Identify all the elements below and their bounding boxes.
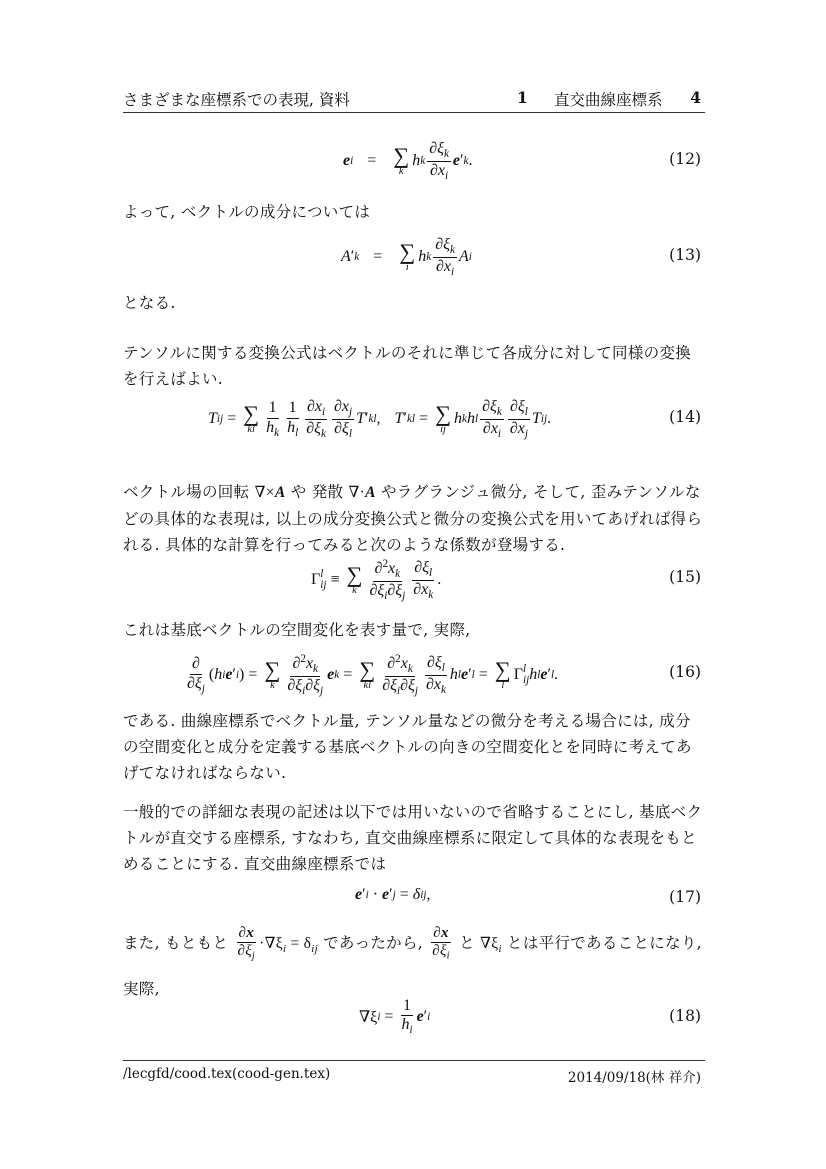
paragraph: これは基底ベクトルの空間変化を表す量で, 実際, <box>123 617 705 643</box>
document-title: さまざまな座標系での表現, 資料 <box>123 88 350 110</box>
equation-number: (17) <box>669 888 701 906</box>
paragraph: である. 曲線座標系でベクトル量, テンソル量などの微分を考える場合には, 成分… <box>123 708 705 786</box>
equation-number: (15) <box>669 568 701 586</box>
running-header: さまざまな座標系での表現, 資料 1 直交曲線座標系 4 <box>123 86 705 113</box>
paragraph: 一般的での詳細な表現の記述は以下では用いないので省略することにし, 基底ベクトル… <box>123 799 705 877</box>
equation-14: Tij = ∑kl 1hk 1hl ∂xi∂ξk ∂xj∂ξl T′kl, T′… <box>123 398 705 438</box>
equation-13: A′k= ∑i hk ∂ξk∂xi Ai (13) <box>123 236 705 276</box>
equation-18: ∇ξi = 1hi e′i (18) <box>123 997 705 1037</box>
paragraph: ベクトル場の回転 ∇×A や 発散 ∇·A やラグランジュ微分, そして, 歪み… <box>123 479 705 558</box>
page-number: 4 <box>690 88 701 107</box>
equation-number: (16) <box>669 663 701 681</box>
equation-16: ∂∂ξj (hie′i) = ∑k ∂2xk∂ξi∂ξj ek = ∑kl ∂2… <box>123 653 705 693</box>
source-file: /lecgfd/cood.tex(cood-gen.tex) <box>123 1066 330 1082</box>
equation-number: (13) <box>669 246 701 264</box>
running-footer: /lecgfd/cood.tex(cood-gen.tex) 2014/09/1… <box>123 1060 705 1085</box>
equation-15: Γlij ≡ ∑k ∂2xk∂ξi∂ξj ∂ξl∂xk. (15) <box>123 558 705 598</box>
date-author: 2014/09/18(林 祥介) <box>568 1066 701 1086</box>
paragraph: また, もともと ∂x∂ξj·∇ξi = δij であったから, ∂x∂ξi と… <box>123 923 705 1009</box>
equation-12: ei= ∑k hk ∂ξk∂xi e′k. (12) <box>123 140 705 180</box>
equation-17: e′i · e′j = δij, (17) <box>123 880 705 920</box>
section-number: 1 <box>517 88 528 107</box>
equation-number: (12) <box>669 150 701 168</box>
paragraph: テンソルに関する変換公式はベクトルのそれに準じて各成分に対して同様の変換を行えば… <box>123 340 705 392</box>
section-title: 直交曲線座標系 <box>554 88 663 110</box>
paragraph: となる. <box>123 290 705 316</box>
paragraph: よって, ベクトルの成分については <box>123 199 705 225</box>
equation-number: (18) <box>669 1007 701 1025</box>
equation-number: (14) <box>669 408 701 426</box>
